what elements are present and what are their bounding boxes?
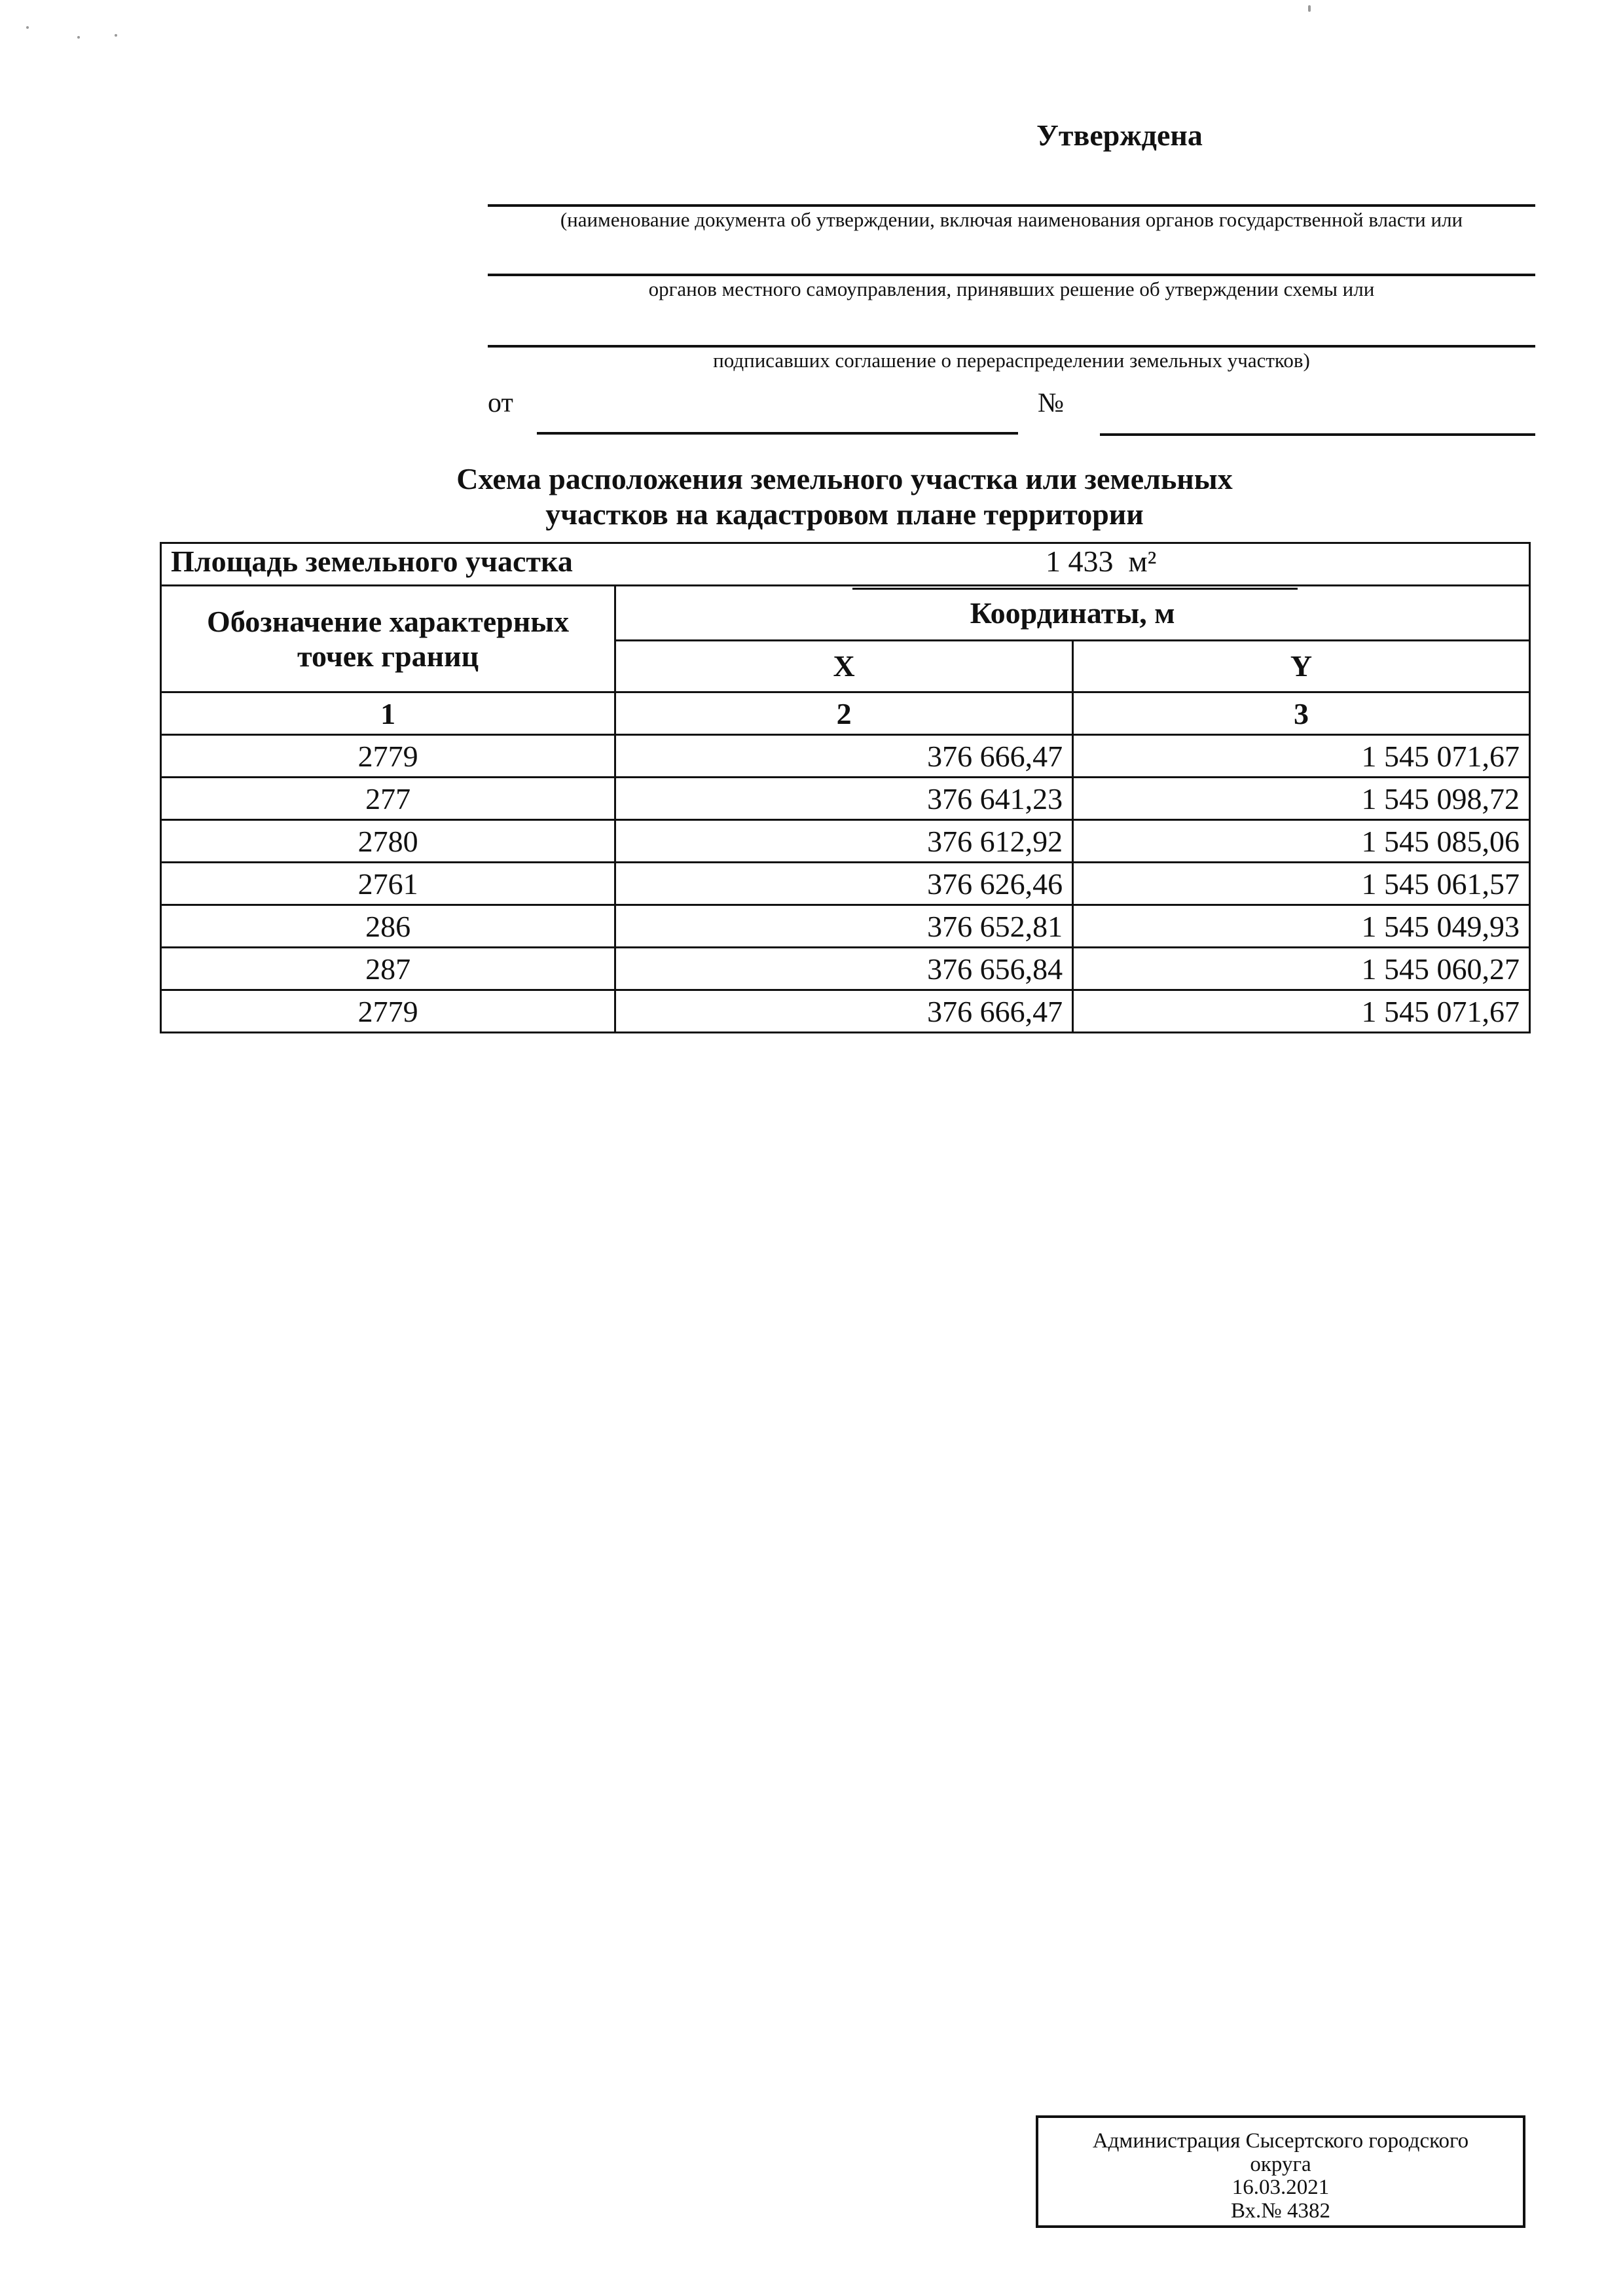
coord-x: 376 666,47 (615, 735, 1073, 778)
scan-speck (26, 26, 29, 29)
area-row: Площадь земельного участка 1 433 м² (161, 543, 1530, 586)
approval-date-field[interactable] (537, 432, 1018, 435)
approval-caption-line-1: (наименование документа об утверждении, … (488, 208, 1535, 232)
approval-document-line-1[interactable] (488, 204, 1535, 207)
point-id: 286 (161, 905, 615, 948)
point-id: 2779 (161, 990, 615, 1033)
area-number: 1 433 (1046, 545, 1114, 578)
table-row: 2779376 666,471 545 071,67 (161, 735, 1530, 778)
col-coords-header: Координаты, м (615, 586, 1530, 641)
point-id: 277 (161, 778, 615, 820)
scheme-title-line-2: участков на кадастровом плане территории (160, 497, 1529, 532)
approval-caption-line-3: подписавших соглашение о перераспределен… (488, 349, 1535, 372)
coord-x: 376 641,23 (615, 778, 1073, 820)
stamp-organization-line-1: Администрация Сысертского городского (1038, 2130, 1523, 2153)
scan-speck (115, 34, 117, 37)
col-number-2: 2 (615, 692, 1073, 735)
table-row: 2779376 666,471 545 071,67 (161, 990, 1530, 1033)
coord-y: 1 545 071,67 (1073, 990, 1530, 1033)
coord-x: 376 666,47 (615, 990, 1073, 1033)
col-number-3: 3 (1073, 692, 1530, 735)
coord-y: 1 545 085,06 (1073, 820, 1530, 863)
col-number-1: 1 (161, 692, 615, 735)
approved-title: Утверждена (0, 118, 1623, 152)
point-id: 2779 (161, 735, 615, 778)
stamp-incoming-number: Вх.№ 4382 (1038, 2200, 1523, 2223)
table-row: 286376 652,811 545 049,93 (161, 905, 1530, 948)
col-y-header: Y (1073, 640, 1530, 692)
scan-speck (77, 36, 80, 39)
col-x-header: X (615, 640, 1073, 692)
area-label: Площадь земельного участка (171, 545, 573, 578)
stamp-date: 16.03.2021 (1038, 2176, 1523, 2200)
scheme-title-line-1: Схема расположения земельного участка ил… (160, 461, 1529, 497)
area-underline (852, 588, 1298, 590)
coord-x: 376 652,81 (615, 905, 1073, 948)
approval-number-label: № (1038, 387, 1064, 419)
point-id: 2761 (161, 863, 615, 905)
area-value: 1 433 м² (1046, 544, 1156, 579)
area-unit: м² (1129, 545, 1157, 578)
coordinates-table: Площадь земельного участка 1 433 м² Обоз… (160, 542, 1531, 1033)
coord-y: 1 545 071,67 (1073, 735, 1530, 778)
approval-document-line-3[interactable] (488, 345, 1535, 348)
date-from-label: от (488, 387, 513, 419)
coord-x: 376 656,84 (615, 948, 1073, 990)
column-number-row: 1 2 3 (161, 692, 1530, 735)
registration-stamp: Администрация Сысертского городского окр… (1036, 2115, 1525, 2228)
col-point-header: Обозначение характерных точек границ (161, 586, 615, 692)
area-cell: Площадь земельного участка 1 433 м² (161, 543, 1530, 586)
coord-y: 1 545 098,72 (1073, 778, 1530, 820)
coord-y: 1 545 061,57 (1073, 863, 1530, 905)
table-row: 2780376 612,921 545 085,06 (161, 820, 1530, 863)
header-row-1: Обозначение характерных точек границ Коо… (161, 586, 1530, 641)
table-row: 287376 656,841 545 060,27 (161, 948, 1530, 990)
table-row: 277376 641,231 545 098,72 (161, 778, 1530, 820)
stamp-organization-line-2: округа (1038, 2153, 1523, 2177)
table-row: 2761376 626,461 545 061,57 (161, 863, 1530, 905)
approval-document-line-2[interactable] (488, 274, 1535, 276)
coord-y: 1 545 049,93 (1073, 905, 1530, 948)
approval-caption-line-2: органов местного самоуправления, принявш… (488, 278, 1535, 301)
point-id: 287 (161, 948, 615, 990)
coordinate-rows: 2779376 666,471 545 071,67277376 641,231… (161, 735, 1530, 1033)
scan-speck (1308, 5, 1311, 12)
coord-x: 376 612,92 (615, 820, 1073, 863)
scheme-title: Схема расположения земельного участка ил… (160, 461, 1529, 533)
coord-x: 376 626,46 (615, 863, 1073, 905)
point-id: 2780 (161, 820, 615, 863)
approval-number-field[interactable] (1100, 433, 1535, 436)
coord-y: 1 545 060,27 (1073, 948, 1530, 990)
